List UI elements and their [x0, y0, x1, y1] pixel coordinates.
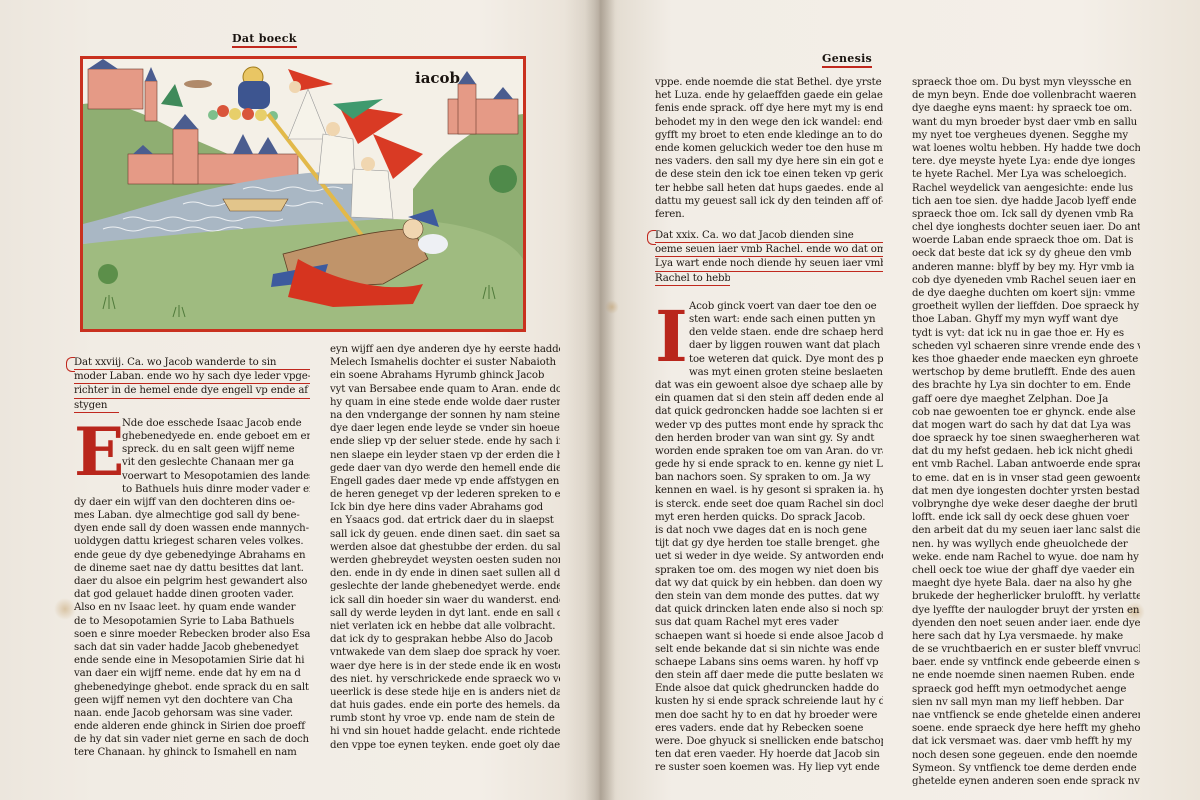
decorated-initial-E: E [74, 419, 118, 485]
text-line: thoe Laban. Ghyff my myn wyff want dye [912, 313, 1140, 326]
rubric-line: Lya wart ende noch diende hy seuen iaer … [655, 257, 883, 271]
column-text: spraeck thoe om. Du byst myn vleyssche e… [912, 76, 1140, 788]
rubric-bracket [647, 230, 656, 245]
text-line: dyenden den noet seuen ander iaer. ende … [912, 617, 1140, 630]
text-line: sach dat sin vader hadde Jacob ghebenedy… [74, 641, 310, 654]
text-line: mes Laban. dye almechtige god sall dy be… [74, 509, 310, 522]
text-line: ter hebbe sall heten dat hups gaedes. en… [655, 182, 883, 195]
text-line: dat du my hefst gedaen. heb ick nicht gh… [912, 445, 1140, 458]
text-line: noch desen sone gegeuen. ende den noemde… [912, 749, 1140, 762]
text-line: ein soene Abrahams Hyrumb ghinck Jacob [330, 369, 560, 382]
right-running-head-text: Genesis [822, 52, 872, 65]
text-line: dat god gelauet hadde dinen grooten vade… [74, 588, 310, 601]
rubric-line: Dat xxix. Ca. wo dat Jacob dienden sine [655, 229, 883, 243]
text-line: kusten hy si ende sprack schreiende laut… [655, 695, 883, 708]
rubric-bracket [66, 357, 75, 372]
text-line: chel dye ionghests dochter seuen iaer. D… [912, 221, 1140, 234]
text-line: tijt dat gy dye herden toe stalle brenge… [655, 537, 883, 550]
rubric-line: oeme seuen iaer vmb Rachel. ende wo dat … [655, 243, 883, 257]
text-line: dat huis gades. ende ein porte des hemel… [330, 699, 560, 712]
text-line: dat ick versmaet was. daer vmb hefft hy … [912, 735, 1140, 748]
text-line: van daer ein wijff neme. ende dat hy em … [74, 667, 310, 680]
text-line: Ende alsoe dat quick ghedruncken hadde d… [655, 682, 883, 695]
left-page-column-2: eyn wijff aen dye anderen dye hy eerste … [330, 343, 560, 752]
column-text: eyn wijff aen dye anderen dye hy eerste … [330, 343, 560, 752]
text-line: sall dy werde leyden in dyt lant. ende e… [330, 607, 560, 620]
left-running-head: Dat boeck [232, 32, 297, 48]
text-line: ueerlick is dese stede hije en is anders… [330, 686, 560, 699]
text-line: dattu my geuest sall ick dy den teinden … [655, 195, 883, 208]
text-line: den stein van dem monde des puttes. dat … [655, 590, 883, 603]
text-line: schaepen want si hoede si ende alsoe Jac… [655, 630, 883, 643]
text-line: tere. dye meyste hyete Lya: ende dye ion… [912, 155, 1140, 168]
woodcut-illustration-jacobs-ladder: iacob [80, 56, 526, 332]
text-line: maeght dye hyete Bala. daer na also hy g… [912, 577, 1140, 590]
right-page-column-4: spraeck thoe om. Du byst myn vleyssche e… [912, 76, 1140, 788]
text-line: dye daer legen ende leyde se vnder sin h… [330, 422, 560, 435]
paper-stain [605, 300, 619, 314]
text-line: ende komen geluckich weder toe den huse … [655, 142, 883, 155]
text-line: soen e sinre moeder Rebecken broder also… [74, 628, 310, 641]
text-line: ick sall din hoeder sin waer du wanderst… [330, 594, 560, 607]
text-line: Symeon. Sy vntfienck toe deme derden end… [912, 762, 1140, 775]
text-line: den herden broder van wan sint gy. Sy an… [655, 432, 883, 445]
text-line: de dese stein den ick toe einen teken vp… [655, 168, 883, 181]
text-line: weke. ende nam Rachel to wyue. doe nam h… [912, 551, 1140, 564]
text-line: nen. hy was wyllych ende gheuolchede der [912, 538, 1140, 551]
text-line: volbrynghe dye weke deser daeghe der bru… [912, 498, 1140, 511]
text-line: dat men dye iongesten dochter yrsten bes… [912, 485, 1140, 498]
text-line: men doe sacht hy to en dat hy broeder we… [655, 709, 883, 722]
woodcut-label: iacob [415, 69, 460, 87]
text-line: ende geue dy dye gebenedyinge Abrahams e… [74, 549, 310, 562]
text-line: ein quamen dat si den stein aff deden en… [655, 392, 883, 405]
text-line: des niet. hy verschrickede ende spraeck … [330, 673, 560, 686]
text-line: weder vp des puttes mont ende hy sprack … [655, 419, 883, 432]
text-line: tich aen toe sien. dye hadde Jacob lyeff… [912, 195, 1140, 208]
text-line: my nyet toe vergheues dyenen. Segghe my [912, 129, 1140, 142]
text-line: na den vndergange der sonnen hy nam stei… [330, 409, 560, 422]
text-line: den arbeit dat du my seuen iaer lanc sal… [912, 524, 1140, 537]
text-line: dye lyeffte der naulogder bruyt der yrst… [912, 604, 1140, 617]
text-line: den vppe toe eynen teyken. ende goet oly… [330, 739, 560, 752]
column-text: Acob ginck voert van daer toe den oesten… [655, 300, 883, 775]
text-line: de to Mesopotamien Syrie to Laba Bathuel… [74, 615, 310, 628]
text-line: lofft. ende ick sall dy oeck dese ghuen … [912, 511, 1140, 524]
gutter-shadow [585, 0, 615, 800]
text-line: Melech Ismahelis dochter ei suster Nabai… [330, 356, 560, 369]
text-line: te hyete Rachel. Mer Lya was scheloegich… [912, 168, 1140, 181]
text-line: den velde staen. ende dre schaep herde [689, 326, 883, 339]
text-line: here sach dat hy Lya versmaede. hy make [912, 630, 1140, 643]
text-line: dat quick drincken laten ende also si no… [655, 603, 883, 616]
text-line: voerwart to Mesopotamien des landes Siri… [122, 470, 310, 483]
paper-stain [54, 598, 76, 620]
text-line: Ick bin dye here dins vader Abrahams god [330, 501, 560, 514]
text-line: ende sliep vp der seluer stede. ende hy … [330, 435, 560, 448]
text-line: sten wart: ende sach einen putten yn [689, 313, 883, 326]
text-line: ne ende noemde sinen naemen Ruben. ende [912, 669, 1140, 682]
text-line: tere Chanaan. hy ghinck to Ismahell en n… [74, 746, 310, 759]
text-line: werden alsoe dat ghestubbe der erden. du… [330, 541, 560, 554]
text-line: scheden vyl schaeren sinre vrende ende d… [912, 340, 1140, 353]
rubric-line: moder Laban. ende wo hy sach dye leder v… [74, 370, 310, 384]
text-line: doe spraeck hy toe sinen swaegherheren w… [912, 432, 1140, 445]
text-line: vntwakede van dem slaep doe sprack hy vo… [330, 646, 560, 659]
text-line: cob nae gewoenten toe er ghynck. ende al… [912, 406, 1140, 419]
text-line: spraeck thoe om. Du byst myn vleyssche e… [912, 76, 1140, 89]
text-line: hy quam in eine stede ende wolde daer ru… [330, 396, 560, 409]
text-line: eyn wijff aen dye anderen dye hy eerste … [330, 343, 560, 356]
text-line: nen slaepe ein leyder staen vp der erden… [330, 449, 560, 462]
text-line: wertschop by deme brutlefft. Ende des au… [912, 366, 1140, 379]
decorated-initial-I: I [655, 302, 685, 374]
text-line: naan. ende Jacob gehorsam was sine vader… [74, 707, 310, 720]
text-line: de heren geneget vp der lederen spreken … [330, 488, 560, 501]
chapter-rubric-xxix: Dat xxix. Ca. wo dat Jacob dienden sine … [655, 229, 883, 286]
text-line: ghetelde eynen anderen soen ende sprack … [912, 775, 1140, 788]
text-line: is sterck. ende seet doe quam Rachel sin… [655, 498, 883, 511]
text-line: sall ick dy geuen. ende dinen saet. din … [330, 528, 560, 541]
woodcut-drawing [83, 59, 523, 329]
text-line: was myt einen groten steine beslaeten. E… [689, 366, 883, 379]
text-line: daer by liggen rouwen want dat plach men [689, 339, 883, 352]
text-line: spraken toe om. des mogen wy niet doen b… [655, 564, 883, 577]
text-line: nes vaders. den sall my dye here sin ein… [655, 155, 883, 168]
text-line: vit den geslechte Chanaan mer ga [122, 456, 310, 469]
left-page-column-1: Dat xxviij. Ca. wo Jacob wanderde to sin… [74, 356, 310, 760]
text-line: myt eren herden quicks. Do sprack Jacob. [655, 511, 883, 524]
text-line: gede hy si ende sprack to en. kenne gy n… [655, 458, 883, 471]
text-line: schaepe Labans sins oems waren. hy hoff … [655, 656, 883, 669]
text-line: Rachel weydelick van aengesichte: ende l… [912, 182, 1140, 195]
text-line: feren. [655, 208, 883, 221]
text-line: chell oeck toe wiue der ghaff dye vaeder… [912, 564, 1140, 577]
text-line: het Luza. ende hy gelaeffden gaede ein g… [655, 89, 883, 102]
text-line: uoldygen dattu kriegest scharen veles vo… [74, 535, 310, 548]
text-line: selt ende bekande dat si sin nichte was … [655, 643, 883, 656]
book-spread: Dat boeck [0, 0, 1200, 800]
text-line: dat mogen wart do sach hy dat dat Lya wa… [912, 419, 1140, 432]
text-line: brukede der hegherlicker brulofft. hy ve… [912, 590, 1140, 603]
text-line: des brachte hy Lya sin dochter to em. En… [912, 379, 1140, 392]
right-running-head: Genesis [822, 52, 872, 68]
text-line: ghebenedyede en. ende geboet em en [122, 430, 310, 443]
text-line: kes thoe ghaeder ende maecken eyn ghroet… [912, 353, 1140, 366]
text-line: dat was ein gewoent alsoe dye schaep all… [655, 379, 883, 392]
text-line: geen wijff nemen vyt den dochtere van Ch… [74, 694, 310, 707]
text-line: ghebenedyinge ghebot. ende sprack du en … [74, 681, 310, 694]
text-line: baer. ende sy vntfinck ende gebeerde ein… [912, 656, 1140, 669]
text-line: ent vmb Rachel. Laban antwoerde ende spr… [912, 458, 1140, 471]
text-line: dye daeghe eyns maent: hy spraeck toe om… [912, 102, 1140, 115]
text-line: daer du alsoe ein pelgrim hest gewandert… [74, 575, 310, 588]
text-line: Engell gades daer mede vp ende affstygen… [330, 475, 560, 488]
text-line: en Ysaacs god. dat ertrick daer du in sl… [330, 514, 560, 527]
text-line: ende sende eine in Mesopotamien Sirie da… [74, 654, 310, 667]
text-line: den. ende in dy ende in dinen saet sulle… [330, 567, 560, 580]
text-line: dat wy dat quick by ein hebben. dan doen… [655, 577, 883, 590]
text-line: hi vnd sin houet hadde gelacht. ende ric… [330, 725, 560, 738]
text-line: spraeck god hefft myn oetmodychet aenge [912, 683, 1140, 696]
text-line: gaff oere dye maeghet Zelphan. Doe Ja [912, 393, 1140, 406]
text-line: gyfft my broet to eten ende kledinge an … [655, 129, 883, 142]
text-line: ten dat eren vaeder. Hy hoerde dat Jacob… [655, 748, 883, 761]
text-line: to Bathuels huis dinre moder vader en ny… [122, 483, 310, 496]
text-line: den stein aff daer mede die putte beslat… [655, 669, 883, 682]
text-line: kennen en wael. is hy gesont si spraken … [655, 484, 883, 497]
rubric-line: stygen [74, 399, 119, 413]
left-running-head-text: Dat boeck [232, 32, 297, 45]
rubric-line: Rachel to hebben. [655, 272, 730, 286]
text-line: Also en nv Isaac leet. hy quam ende wand… [74, 601, 310, 614]
text-line: ende alderen ende ghinck in Sirien doe p… [74, 720, 310, 733]
text-line: tydt is vyt: dat ick nu in gae thoe er. … [912, 327, 1140, 340]
running-head-underline [822, 66, 872, 68]
text-line: ban nachors soen. Sy spraken to om. Ja w… [655, 471, 883, 484]
text-line: gede daer van dyo werde den hemell ende … [330, 462, 560, 475]
text-line: dy daer ein wijff van den dochteren dins… [74, 496, 310, 509]
text-line: Acob ginck voert van daer toe den oe [689, 300, 883, 313]
text-line: vyt van Bersabee ende quam to Aran. ende… [330, 383, 560, 396]
text-line: dat ick dy to gesprakan hebbe Also do Ja… [330, 633, 560, 646]
text-line: behodet my in den wege den ick wandel: e… [655, 116, 883, 129]
text-line: fenis ende sprack. off dye here myt my i… [655, 102, 883, 115]
text-line: woerde Laban ende spraeck thoe om. Dat i… [912, 234, 1140, 247]
text-line: dat quick gedroncken hadde soe lachten s… [655, 405, 883, 418]
text-line: dyen ende sall dy doen wassen ende manny… [74, 522, 310, 535]
text-line: rumb stont hy vroe vp. ende nam de stein… [330, 712, 560, 725]
text-line: spraeck thoe om. Ick sall dy dyenen vmb … [912, 208, 1140, 221]
text-line: is dat noch vwe dages dat en is noch gen… [655, 524, 883, 537]
text-line: geslechte der lande ghebenedyet werde. e… [330, 580, 560, 593]
rubric-line: richter in de hemel ende dye engell vp e… [74, 384, 310, 398]
text-line: soene. ende spraeck dye here hefft my gh… [912, 722, 1140, 735]
text-line: groetheit wyllen der lieffden. Doe sprae… [912, 300, 1140, 313]
text-line: wat loenes woltu hebben. Hy hadde twe do… [912, 142, 1140, 155]
right-page-column-3: vppe. ende noemde die stat Bethel. dye y… [655, 76, 883, 775]
text-line: spreck. du en salt geen wijff neme [122, 443, 310, 456]
chapter-rubric-xxviii: Dat xxviij. Ca. wo Jacob wanderde to sin… [74, 356, 310, 413]
text-line: anderen manne: blyff by bey my. Hyr vmb … [912, 261, 1140, 274]
text-line: vppe. ende noemde die stat Bethel. dye y… [655, 76, 883, 89]
rubric-line: Dat xxviij. Ca. wo Jacob wanderde to sin [74, 356, 310, 370]
column-text: vppe. ende noemde die stat Bethel. dye y… [655, 76, 883, 221]
text-line: eres vaders. ende dat hy Rebecken soene [655, 722, 883, 735]
text-line: sus dat quam Rachel myt eres vader [655, 616, 883, 629]
text-line: oeck dat beste dat ick sy dy gheue den v… [912, 247, 1140, 260]
text-line: niet verlaten ick en hebbe dat alle volb… [330, 620, 560, 633]
text-line: de dineme saet nae dy dattu besittes dat… [74, 562, 310, 575]
text-line: nae vntfienck se ende ghetelde einen and… [912, 709, 1140, 722]
text-line: waer dye here is in der stede ende ik en… [330, 660, 560, 673]
text-line: de se vruchtbaerich en er suster bleff v… [912, 643, 1140, 656]
running-head-underline [232, 46, 297, 48]
text-line: de dye daeghe duchten om koert sijn: vmm… [912, 287, 1140, 300]
text-line: worden ende spraken toe om van Aran. do … [655, 445, 883, 458]
text-line: uet si weder in dye weide. Sy antworden … [655, 550, 883, 563]
text-line: Nde doe esschede Isaac Jacob ende [122, 417, 310, 430]
text-line: de myn beyn. Ende doe vollenbracht waere… [912, 89, 1140, 102]
text-line: de hy dat sin vader niet gerne en sach d… [74, 733, 310, 746]
text-line: werden ghebreydet weysten oesten suden n… [330, 554, 560, 567]
text-line: sien nv sall myn man my lieff hebben. Da… [912, 696, 1140, 709]
text-line: cob dye dyeneden vmb Rachel seuen iaer e… [912, 274, 1140, 287]
text-line: to eme. dat en is in vnser stad geen gew… [912, 472, 1140, 485]
text-line: toe weteren dat quick. Dye mont des putt… [689, 353, 883, 366]
text-line: re suster soen koemen was. Hy liep vyt e… [655, 761, 883, 774]
text-line: want du myn broeder byst daer vmb en sal… [912, 116, 1140, 129]
text-line: were. Doe ghyuck si snellicken ende bats… [655, 735, 883, 748]
